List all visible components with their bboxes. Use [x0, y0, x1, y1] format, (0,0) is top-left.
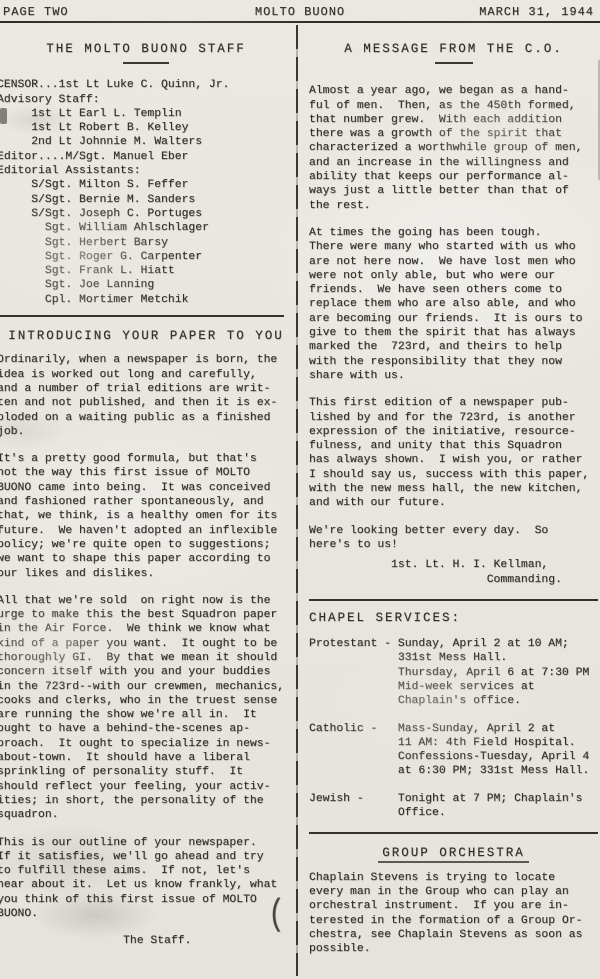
intro-paragraph-4: This is our outline of your newspaper. I…	[0, 836, 292, 922]
staff-roster: CENSOR...1st Lt Luke C. Quinn, Jr. Advis…	[0, 78, 292, 307]
page-header: PAGE TWO MOLTO BUONO MARCH 31, 1944	[0, 5, 600, 21]
orchestra-body: Chaplain Stevens is trying to locate eve…	[309, 871, 598, 957]
co-paragraph-1: Almost a year ago, we began as a hand- f…	[309, 84, 598, 213]
staff-section: THE MOLTO BUONO STAFF CENSOR...1st Lt Lu…	[0, 42, 292, 317]
title-dash	[123, 62, 169, 64]
chapel-entry-catholic: Catholic - Mass-Sunday, April 2 at 11 AM…	[309, 722, 598, 779]
section-divider	[0, 315, 284, 317]
intro-paragraph-3: All that we're sold on right now is the …	[0, 594, 292, 823]
issue-date: MARCH 31, 1944	[479, 5, 594, 19]
scan-artifact	[0, 108, 7, 124]
intro-paragraph-2: It's a pretty good formula, but that's n…	[0, 452, 292, 581]
intro-section: INTRODUCING YOUR PAPER TO YOU Ordinarily…	[0, 329, 292, 949]
co-paragraph-4: We're looking better every day. So here'…	[309, 524, 598, 553]
intro-section-title: INTRODUCING YOUR PAPER TO YOU	[0, 329, 292, 343]
orchestra-title-text: GROUP ORCHESTRA	[378, 846, 529, 863]
newspaper-page: PAGE TWO MOLTO BUONO MARCH 31, 1944 THE …	[0, 0, 600, 979]
chapel-section: CHAPEL SERVICES: Protestant - Sunday, Ap…	[309, 611, 598, 835]
intro-paragraph-1: Ordinarily, when a newspaper is born, th…	[0, 353, 292, 439]
newspaper-title: MOLTO BUONO	[255, 5, 345, 19]
staff-signature: The Staff.	[0, 934, 292, 948]
co-signature: 1st. Lt. H. I. Kellman, Commanding.	[309, 558, 598, 587]
orchestra-section: GROUP ORCHESTRA Chaplain Stevens is tryi…	[309, 846, 598, 956]
chapel-title: CHAPEL SERVICES:	[309, 611, 598, 625]
scan-artifact-bracket: (	[268, 895, 285, 935]
chapel-entry-jewish: Jewish - Tonight at 7 PM; Chaplain's Off…	[309, 792, 598, 821]
co-paragraph-3: This first edition of a newspaper pub- l…	[309, 396, 598, 510]
orchestra-title: GROUP ORCHESTRA	[309, 846, 598, 860]
column-divider	[296, 25, 298, 976]
staff-section-title: THE MOLTO BUONO STAFF	[0, 42, 292, 56]
right-column: A MESSAGE FROM THE C.O. Almost a year ag…	[309, 28, 598, 956]
co-paragraph-2: At times the going has been tough. There…	[309, 226, 598, 383]
header-rule	[0, 21, 600, 23]
left-column: THE MOLTO BUONO STAFF CENSOR...1st Lt Lu…	[0, 28, 292, 949]
co-message-section: A MESSAGE FROM THE C.O. Almost a year ag…	[309, 42, 598, 601]
section-divider	[309, 832, 598, 834]
title-dash	[435, 62, 473, 64]
chapel-entry-protestant: Protestant - Sunday, April 2 at 10 AM; 3…	[309, 637, 598, 708]
page-number-label: PAGE TWO	[3, 5, 69, 19]
section-divider	[309, 599, 598, 601]
co-message-title: A MESSAGE FROM THE C.O.	[309, 42, 598, 56]
